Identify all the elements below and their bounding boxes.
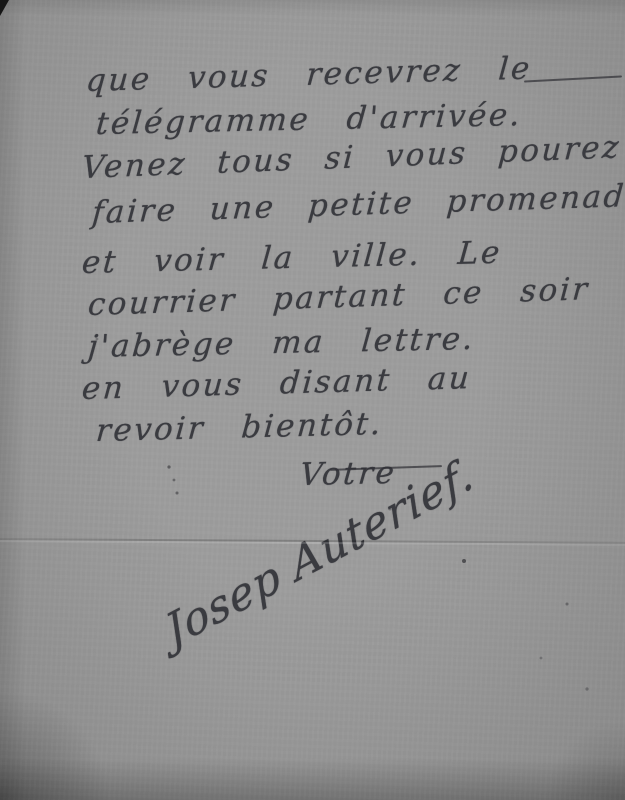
letter-line-5: et voir la ville. Le <box>81 236 504 282</box>
letter-line-7: j'abrège ma lettre. <box>87 322 477 366</box>
ink-specks <box>0 0 2 2</box>
letter-closing-votre: Votre <box>299 456 398 494</box>
letter-line-8: en vous disant au <box>81 361 473 408</box>
letter-line-9: revoir bientôt. <box>95 407 385 450</box>
letter-line-4: faire une petite promenade <box>91 179 625 232</box>
scan-corner-artifact <box>0 0 9 16</box>
letter-scan: que vous recevrez le télégramme d'arrivé… <box>0 0 625 800</box>
pen-flourish-line1 <box>524 75 622 82</box>
letter-line-1: que vous recevrez le <box>85 52 533 100</box>
letter-line-6: courrier partant ce soir <box>87 272 591 324</box>
